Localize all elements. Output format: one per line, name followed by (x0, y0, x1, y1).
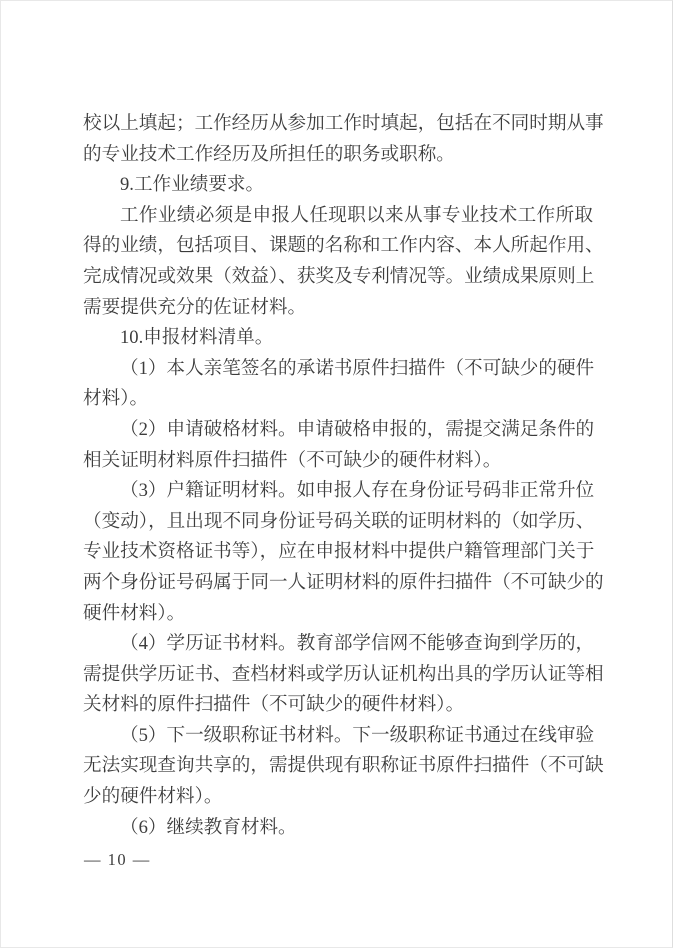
text-line: 专业技术资格证书等），应在申报材料中提供户籍管理部门关于 (83, 537, 593, 568)
text-line: （4）学历证书材料。教育部学信网不能够查询到学历的， (83, 629, 593, 660)
text-line: 相关证明材料原件扫描件（不可缺少的硬件材料）。 (83, 446, 593, 477)
text-line: （6）继续教育材料。 (83, 813, 593, 844)
text-line: 需要提供充分的佐证材料。 (83, 293, 593, 324)
text-line: 两个身份证号码属于同一人证明材料的原件扫描件（不可缺少的 (83, 568, 593, 599)
text-line: （5）下一级职称证书材料。下一级职称证书通过在线审验 (83, 721, 593, 752)
text-line: 工作业绩必须是申报人任现职以来从事专业技术工作所取 (83, 201, 593, 232)
text-line: （3）户籍证明材料。如申报人存在身份证号码非正常升位 (83, 476, 593, 507)
page-number: — 10 — (84, 845, 151, 875)
text-line: 硬件材料）。 (83, 599, 593, 630)
text-line: （变动），且出现不同身份证号码关联的证明材料的（如学历、 (83, 507, 593, 538)
text-line: 关材料的原件扫描件（不可缺少的硬件材料）。 (83, 690, 593, 721)
document-page: 校以上填起；工作经历从参加工作时填起，包括在不同时期从事的专业技术工作经历及所担… (0, 0, 673, 948)
text-line: 得的业绩，包括项目、课题的名称和工作内容、本人所起作用、 (83, 231, 593, 262)
text-line: 完成情况或效果（效益）、获奖及专利情况等。业绩成果原则上 (83, 262, 593, 293)
document-text: 校以上填起；工作经历从参加工作时填起，包括在不同时期从事的专业技术工作经历及所担… (83, 109, 593, 843)
text-line: （2）申请破格材料。申请破格申报的，需提交满足条件的 (83, 415, 593, 446)
text-line: 10.申报材料清单。 (83, 323, 593, 354)
text-line: 无法实现查询共享的，需提供现有职称证书原件扫描件（不可缺 (83, 751, 593, 782)
text-line: 的专业技术工作经历及所担任的职务或职称。 (83, 140, 593, 171)
text-line: 材料）。 (83, 384, 593, 415)
text-line: （1）本人亲笔签名的承诺书原件扫描件（不可缺少的硬件 (83, 354, 593, 385)
text-line: 校以上填起；工作经历从参加工作时填起，包括在不同时期从事 (83, 109, 593, 140)
text-line: 9.工作业绩要求。 (83, 170, 593, 201)
text-line: 少的硬件材料）。 (83, 782, 593, 813)
text-line: 需提供学历证书、查档材料或学历认证机构出具的学历认证等相 (83, 660, 593, 691)
